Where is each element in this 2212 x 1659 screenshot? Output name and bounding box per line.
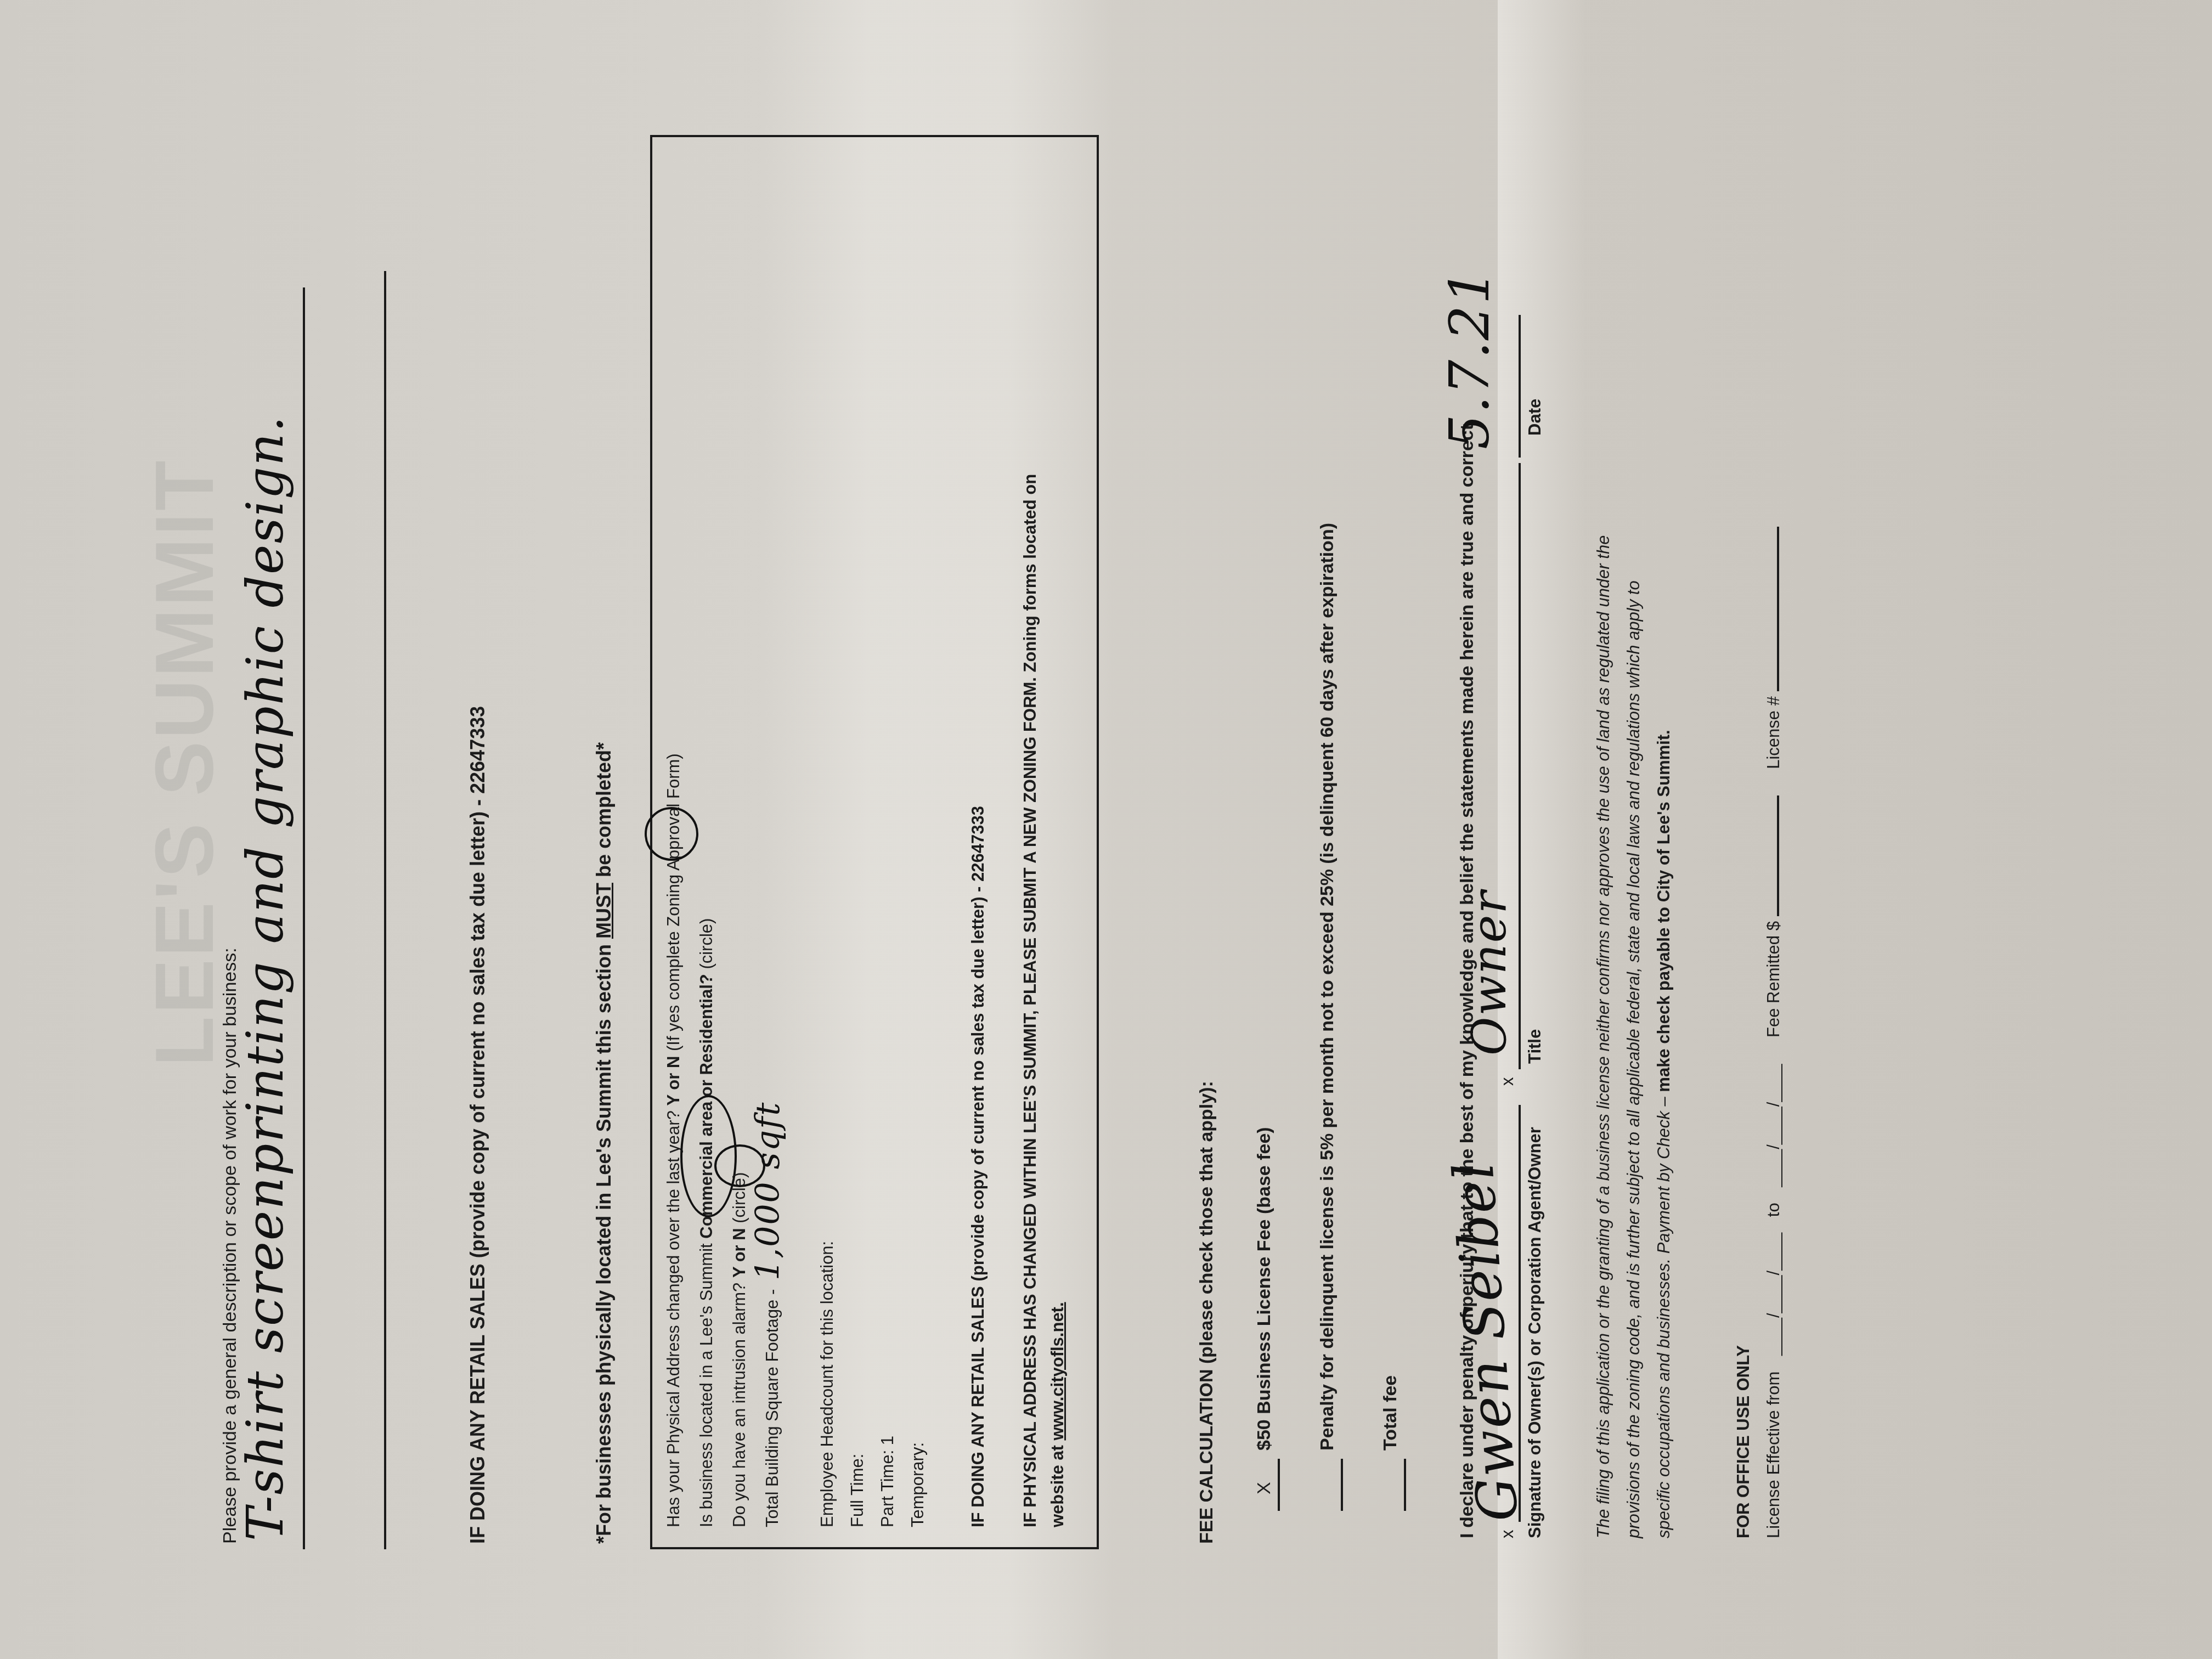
fee-item-label: $50 Business License Fee (base fee) xyxy=(1254,1127,1275,1451)
signature-handwritten[interactable]: Gwen Seibel xyxy=(1441,1159,1531,1523)
retail-sales-notice: IF DOING ANY RETAIL SALES (provide copy … xyxy=(466,706,489,1544)
description-handwritten[interactable]: T-shirt screenprinting and graphic desig… xyxy=(236,415,295,1541)
bleed-through-watermark: LEE'S SUMMIT xyxy=(137,458,232,1066)
office-use-heading: FOR OFFICE USE ONLY xyxy=(1734,1345,1753,1538)
physical-location-heading: *For businesses physically located in Le… xyxy=(592,742,616,1544)
date-label: Date xyxy=(1525,399,1545,436)
description-line-1 xyxy=(303,287,305,1549)
headcount-full-time: Full Time: xyxy=(848,1454,867,1527)
date-handwritten[interactable]: 5.7.21 xyxy=(1437,268,1502,449)
license-number-field[interactable] xyxy=(1777,527,1779,691)
fee-remitted-field[interactable] xyxy=(1777,795,1779,916)
square-footage-handwritten[interactable]: 1,000 sqft xyxy=(749,1102,787,1280)
date-line xyxy=(1519,315,1521,458)
q-address-changed: Has your Physical Address changed over t… xyxy=(664,753,684,1527)
headcount-part-time: Part Time: 1 xyxy=(878,1436,898,1527)
effective-from-label: License Effective from xyxy=(1764,1372,1783,1538)
effective-to-date[interactable]: ____/____/____ xyxy=(1764,1064,1784,1187)
q-zone-type: Is business located in a Lee's Summit Co… xyxy=(697,918,716,1527)
fee-remitted-label: Fee Remitted $ xyxy=(1764,921,1784,1037)
website-line: website at www.cityofls.net. xyxy=(1048,1302,1068,1527)
headcount-label: Employee Headcount for this location: xyxy=(817,1241,837,1527)
form-page: LEE'S SUMMIT Please provide a general de… xyxy=(0,0,2212,1659)
q-intrusion-alarm: Do you have an intrusion alarm? Y or N (… xyxy=(730,1172,749,1527)
square-footage-label: Total Building Square Footage - xyxy=(763,1289,782,1527)
office-use-row: License Effective from ____/____/____ to… xyxy=(1764,527,1784,1538)
fee-item-label: Penalty for delinquent license is 5% per… xyxy=(1317,523,1338,1451)
signature-x: x xyxy=(1498,1530,1517,1539)
signature-line xyxy=(1519,1105,1521,1522)
title-x: x xyxy=(1498,1077,1517,1086)
title-line xyxy=(1519,463,1521,1069)
fee-item-label: Total fee xyxy=(1380,1375,1401,1451)
headcount-temporary: Temporary: xyxy=(908,1442,928,1527)
disclaimer-line-1: The filing of this application or the gr… xyxy=(1594,535,1613,1538)
address-changed-notice: IF PHYSICAL ADDRESS HAS CHANGED WITHIN L… xyxy=(1020,474,1040,1527)
title-label: Title xyxy=(1525,1029,1545,1064)
license-number-label: License # xyxy=(1764,696,1784,769)
signature-label: Signature of Owner(s) or Corporation Age… xyxy=(1525,1127,1545,1538)
fee-item-mark: X xyxy=(1254,1482,1275,1494)
to-label: to xyxy=(1764,1203,1784,1217)
effective-from-date[interactable]: ____/____/____ xyxy=(1764,1233,1784,1356)
disclaimer-line-2: provisions of the zoning code, and is fu… xyxy=(1624,580,1644,1538)
retail-sales-notice-2: IF DOING ANY RETAIL SALES (provide copy … xyxy=(968,806,988,1527)
circled-answer-n[interactable] xyxy=(645,807,698,861)
website-link[interactable]: www.cityofls.net. xyxy=(1048,1302,1067,1440)
description-line-2 xyxy=(384,271,386,1549)
fee-calculation-heading: FEE CALCULATION (please check those that… xyxy=(1196,1081,1217,1544)
disclaimer-line-3: specific occupations and businesses. Pay… xyxy=(1654,730,1674,1538)
title-handwritten[interactable]: Owner xyxy=(1462,890,1517,1056)
